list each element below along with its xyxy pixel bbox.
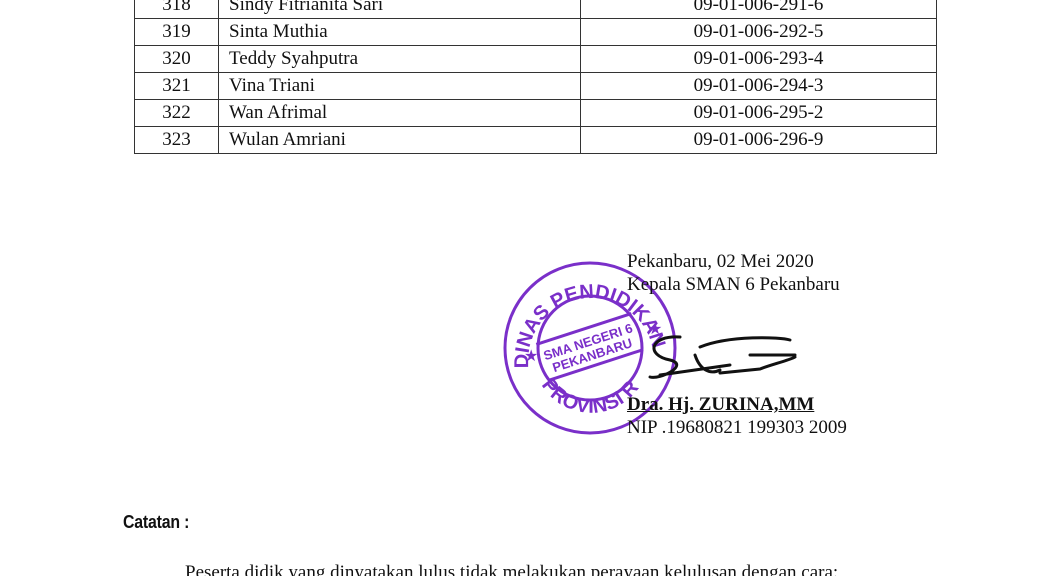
student-name: Wan Afrimal	[219, 100, 581, 127]
student-name: Sindy Fitrianita Sari	[219, 0, 581, 19]
table-row: 323Wulan Amriani09-01-006-296-9	[135, 127, 937, 154]
signer-nip: NIP .19680821 199303 2009	[627, 416, 847, 439]
student-id: 09-01-006-295-2	[581, 100, 937, 127]
row-number: 322	[135, 100, 219, 127]
student-id: 09-01-006-292-5	[581, 19, 937, 46]
signer-name: Dra. Hj. ZURINA,MM	[627, 393, 814, 416]
signature-header: Pekanbaru, 02 Mei 2020 Kepala SMAN 6 Pek…	[627, 250, 840, 296]
svg-text:★: ★	[524, 348, 538, 365]
graduates-table: 318Sindy Fitrianita Sari09-01-006-291-63…	[134, 0, 937, 154]
row-number: 321	[135, 73, 219, 100]
student-name: Wulan Amriani	[219, 127, 581, 154]
document-page: 318Sindy Fitrianita Sari09-01-006-291-63…	[0, 0, 1038, 576]
place-date: Pekanbaru, 02 Mei 2020	[627, 250, 840, 273]
student-name: Sinta Muthia	[219, 19, 581, 46]
table-row: 320Teddy Syahputra09-01-006-293-4	[135, 46, 937, 73]
student-name: Teddy Syahputra	[219, 46, 581, 73]
student-id: 09-01-006-296-9	[581, 127, 937, 154]
table-row: 322Wan Afrimal09-01-006-295-2	[135, 100, 937, 127]
table-row: 321Vina Triani09-01-006-294-3	[135, 73, 937, 100]
row-number: 318	[135, 0, 219, 19]
handwritten-signature	[640, 325, 800, 395]
table-row: 319Sinta Muthia09-01-006-292-5	[135, 19, 937, 46]
row-number: 320	[135, 46, 219, 73]
row-number: 323	[135, 127, 219, 154]
student-id: 09-01-006-293-4	[581, 46, 937, 73]
notes-text: Peserta didik yang dinyatakan lulus tida…	[185, 562, 838, 576]
student-id: 09-01-006-294-3	[581, 73, 937, 100]
signer-position: Kepala SMAN 6 Pekanbaru	[627, 273, 840, 296]
student-name: Vina Triani	[219, 73, 581, 100]
table-row: 318Sindy Fitrianita Sari09-01-006-291-6	[135, 0, 937, 19]
notes-title: Catatan :	[123, 512, 189, 533]
student-id: 09-01-006-291-6	[581, 0, 937, 19]
row-number: 319	[135, 19, 219, 46]
